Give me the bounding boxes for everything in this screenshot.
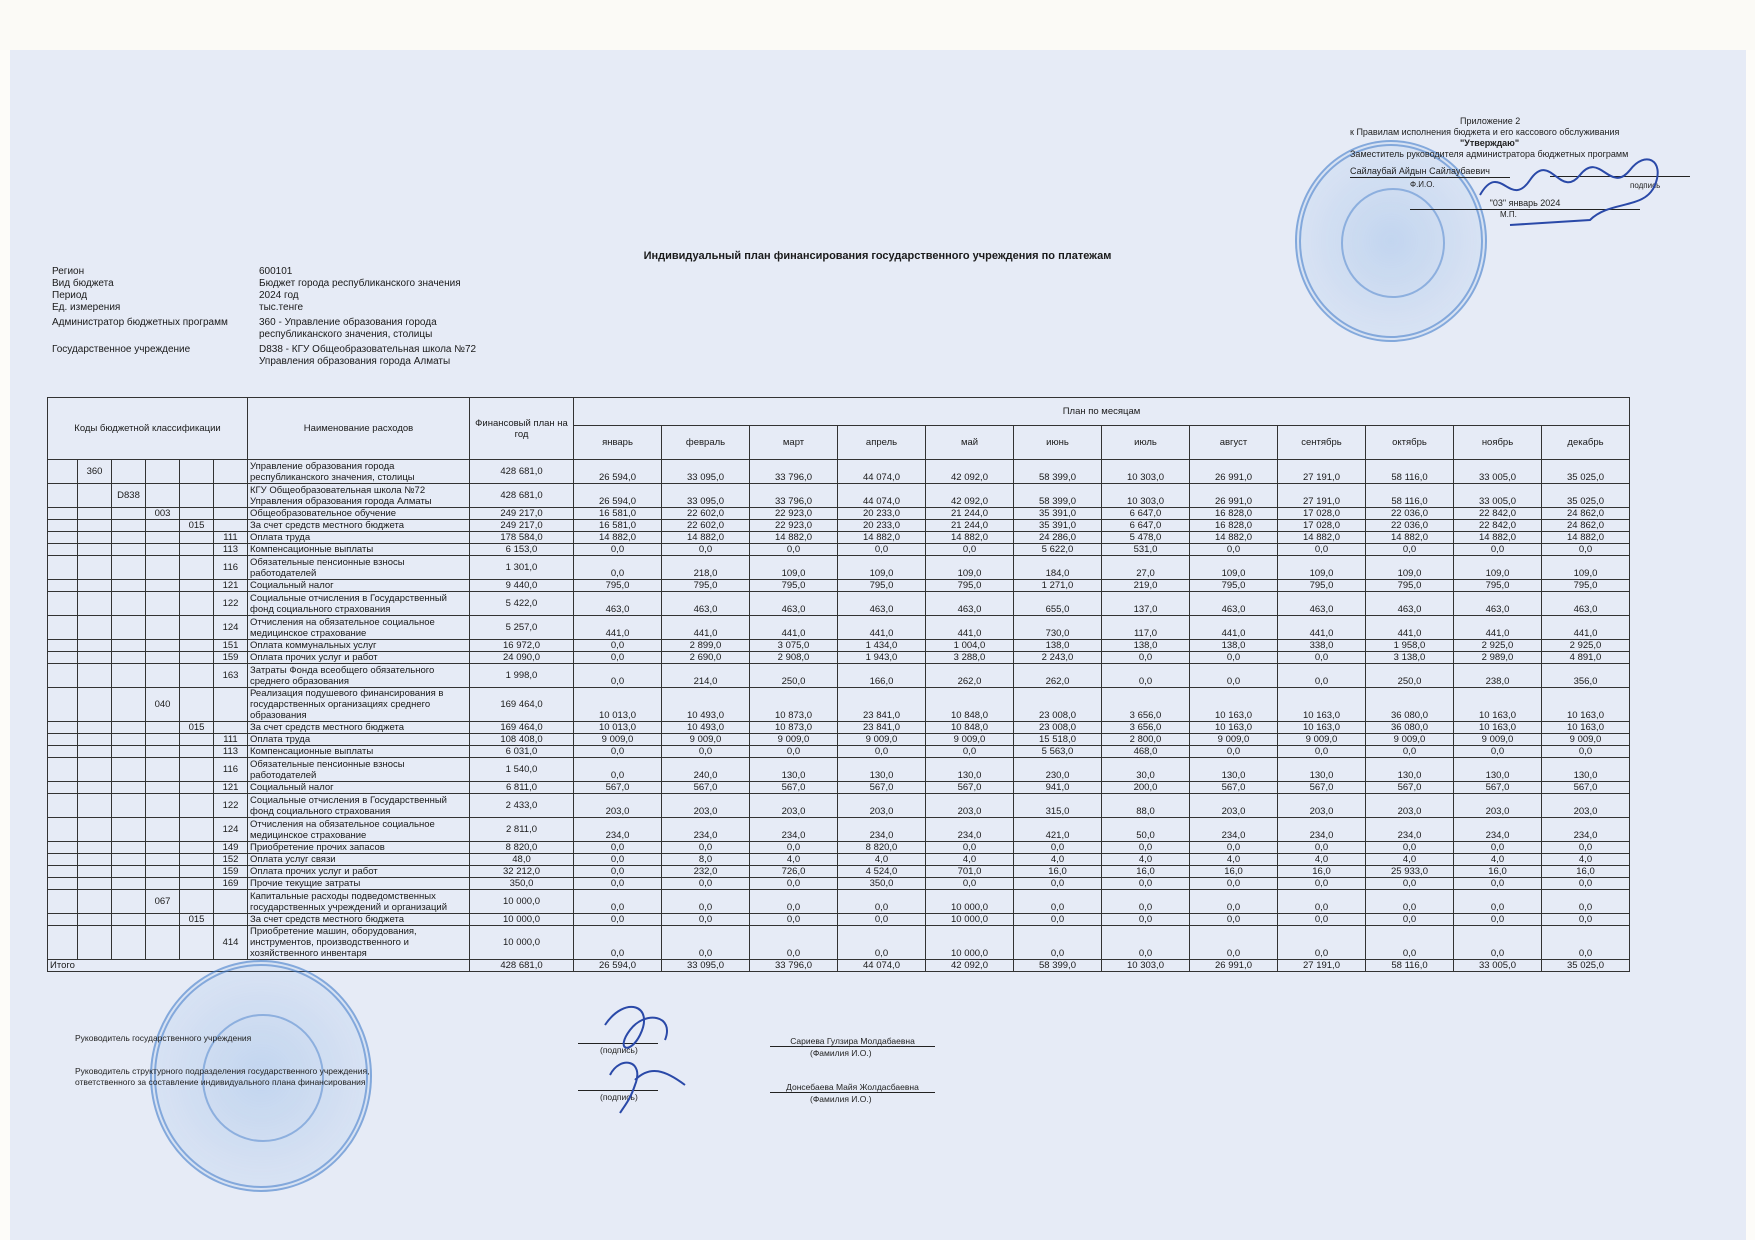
month-value: 26 991,0 <box>1190 460 1278 484</box>
code-cell <box>180 854 214 866</box>
month-value: 0,0 <box>574 890 662 914</box>
expense-name: Общеобразовательное обучение <box>248 508 470 520</box>
month-value: 26 991,0 <box>1190 484 1278 508</box>
month-value: 0,0 <box>1542 878 1630 890</box>
code-cell <box>112 782 146 794</box>
header-month: май <box>926 426 1014 460</box>
meta-value: D838 - КГУ Общеобразовательная школа №72… <box>259 344 479 368</box>
month-value: 441,0 <box>838 616 926 640</box>
code-cell <box>112 544 146 556</box>
code-cell <box>180 878 214 890</box>
meta-value: 600101 <box>259 266 479 278</box>
expense-name: Затраты Фонда всеобщего обязательного ср… <box>248 664 470 688</box>
month-value: 14 882,0 <box>1454 532 1542 544</box>
code-cell: 121 <box>214 580 248 592</box>
month-value: 4,0 <box>1190 854 1278 866</box>
month-value: 0,0 <box>750 746 838 758</box>
table-row: 111Оплата труда178 584,014 882,014 882,0… <box>48 532 1630 544</box>
code-cell <box>78 520 112 532</box>
month-value: 10 163,0 <box>1542 688 1630 722</box>
month-value: 10 873,0 <box>750 688 838 722</box>
month-value: 14 882,0 <box>926 532 1014 544</box>
code-cell <box>48 520 78 532</box>
month-value: 567,0 <box>1542 782 1630 794</box>
month-value: 0,0 <box>838 890 926 914</box>
code-cell <box>180 818 214 842</box>
code-cell <box>146 842 180 854</box>
code-cell <box>146 722 180 734</box>
month-value: 27,0 <box>1102 556 1190 580</box>
month-value: 441,0 <box>1278 616 1366 640</box>
code-cell <box>48 688 78 722</box>
expense-name: КГУ Общеобразовательная школа №72 Управл… <box>248 484 470 508</box>
month-value: 567,0 <box>926 782 1014 794</box>
month-value: 10 013,0 <box>574 722 662 734</box>
month-value: 421,0 <box>1014 818 1102 842</box>
expense-name: Оплата прочих услуг и работ <box>248 652 470 664</box>
annual-value: 9 440,0 <box>470 580 574 592</box>
meta-label: Период <box>52 290 259 302</box>
month-value: 531,0 <box>1102 544 1190 556</box>
month-value: 10 000,0 <box>926 926 1014 960</box>
month-value: 10 303,0 <box>1102 460 1190 484</box>
month-value: 0,0 <box>1014 914 1102 926</box>
expense-name: За счет средств местного бюджета <box>248 914 470 926</box>
month-value: 0,0 <box>926 842 1014 854</box>
code-cell <box>112 734 146 746</box>
month-value: 567,0 <box>662 782 750 794</box>
month-value: 567,0 <box>1190 782 1278 794</box>
month-value: 0,0 <box>1366 746 1454 758</box>
code-cell <box>112 794 146 818</box>
month-value: 795,0 <box>750 580 838 592</box>
annual-value: 2 811,0 <box>470 818 574 842</box>
month-value: 567,0 <box>1454 782 1542 794</box>
total-month: 44 074,0 <box>838 960 926 972</box>
month-value: 33 095,0 <box>662 484 750 508</box>
month-value: 0,0 <box>574 664 662 688</box>
expense-name: Оплата коммунальных услуг <box>248 640 470 652</box>
code-cell: 040 <box>146 688 180 722</box>
month-value: 203,0 <box>926 794 1014 818</box>
month-value: 22 842,0 <box>1454 520 1542 532</box>
month-value: 10 873,0 <box>750 722 838 734</box>
table-row: 149Приобретение прочих запасов8 820,00,0… <box>48 842 1630 854</box>
table-row: 163Затраты Фонда всеобщего обязательного… <box>48 664 1630 688</box>
month-value: 0,0 <box>838 544 926 556</box>
month-value: 130,0 <box>750 758 838 782</box>
month-value: 20 233,0 <box>838 508 926 520</box>
month-value: 795,0 <box>574 580 662 592</box>
month-value: 24 862,0 <box>1542 508 1630 520</box>
month-value: 8,0 <box>662 854 750 866</box>
code-cell <box>48 616 78 640</box>
annual-value: 350,0 <box>470 878 574 890</box>
unit-head-label: Руководитель структурного подразделения … <box>75 1066 415 1088</box>
month-value: 0,0 <box>1454 890 1542 914</box>
month-value: 567,0 <box>750 782 838 794</box>
month-value: 109,0 <box>750 556 838 580</box>
month-value: 10 000,0 <box>926 914 1014 926</box>
code-cell <box>78 592 112 616</box>
code-cell: 151 <box>214 640 248 652</box>
month-value: 14 882,0 <box>1366 532 1454 544</box>
month-value: 27 191,0 <box>1278 484 1366 508</box>
code-cell <box>112 580 146 592</box>
month-value: 24 862,0 <box>1542 520 1630 532</box>
month-value: 0,0 <box>662 914 750 926</box>
month-value: 203,0 <box>662 794 750 818</box>
code-cell <box>112 532 146 544</box>
month-value: 2 925,0 <box>1542 640 1630 652</box>
month-value: 0,0 <box>1102 842 1190 854</box>
month-value: 3 075,0 <box>750 640 838 652</box>
code-cell <box>48 914 78 926</box>
month-value: 0,0 <box>1278 878 1366 890</box>
code-cell <box>78 914 112 926</box>
code-cell <box>146 914 180 926</box>
month-value: 0,0 <box>1278 926 1366 960</box>
table-row: 113Компенсационные выплаты6 153,00,00,00… <box>48 544 1630 556</box>
code-cell <box>48 794 78 818</box>
month-value: 0,0 <box>1366 890 1454 914</box>
month-value: 10 163,0 <box>1542 722 1630 734</box>
month-value: 14 882,0 <box>662 532 750 544</box>
table-row: 015За счет средств местного бюджета10 00… <box>48 914 1630 926</box>
month-value: 795,0 <box>1366 580 1454 592</box>
month-value: 58 116,0 <box>1366 460 1454 484</box>
month-value: 16 581,0 <box>574 520 662 532</box>
code-cell <box>48 758 78 782</box>
annual-value: 24 090,0 <box>470 652 574 664</box>
code-cell <box>146 520 180 532</box>
month-value: 795,0 <box>662 580 750 592</box>
code-cell <box>78 640 112 652</box>
table-row: 360Управление образования города республ… <box>48 460 1630 484</box>
month-value: 33 005,0 <box>1454 460 1542 484</box>
month-value: 234,0 <box>574 818 662 842</box>
month-value: 4,0 <box>838 854 926 866</box>
code-cell <box>180 460 214 484</box>
code-cell <box>214 890 248 914</box>
month-value: 0,0 <box>750 914 838 926</box>
month-value: 441,0 <box>1542 616 1630 640</box>
month-value: 0,0 <box>1014 878 1102 890</box>
meta-row: Период2024 год <box>52 290 479 302</box>
month-value: 567,0 <box>574 782 662 794</box>
month-value: 10 848,0 <box>926 722 1014 734</box>
month-value: 4,0 <box>1454 854 1542 866</box>
month-value: 567,0 <box>838 782 926 794</box>
annual-value: 1 301,0 <box>470 556 574 580</box>
total-month: 27 191,0 <box>1278 960 1366 972</box>
total-month: 33 095,0 <box>662 960 750 972</box>
code-cell <box>180 532 214 544</box>
meta-row: Регион600101 <box>52 266 479 278</box>
appendix-label: Приложение 2 <box>1460 116 1710 127</box>
expense-name: Отчисления на обязательное социальное ме… <box>248 818 470 842</box>
code-cell <box>146 854 180 866</box>
code-cell <box>78 652 112 664</box>
table-row: 152Оплата услуг связи48,00,08,04,04,04,0… <box>48 854 1630 866</box>
month-value: 21 244,0 <box>926 508 1014 520</box>
month-value: 203,0 <box>574 794 662 818</box>
month-value: 58 116,0 <box>1366 484 1454 508</box>
month-value: 0,0 <box>1190 842 1278 854</box>
month-value: 23 841,0 <box>838 688 926 722</box>
code-cell <box>180 782 214 794</box>
annual-value: 249 217,0 <box>470 520 574 532</box>
month-value: 200,0 <box>1102 782 1190 794</box>
code-cell <box>78 556 112 580</box>
month-value: 2 989,0 <box>1454 652 1542 664</box>
month-value: 36 080,0 <box>1366 722 1454 734</box>
month-value: 26 594,0 <box>574 460 662 484</box>
meta-row: Вид бюджетаБюджет города республиканског… <box>52 278 479 290</box>
expense-name: Реализация подушевого финансирования в г… <box>248 688 470 722</box>
expense-name: Отчисления на обязательное социальное ме… <box>248 616 470 640</box>
code-cell <box>78 866 112 878</box>
month-value: 0,0 <box>1542 914 1630 926</box>
month-value: 203,0 <box>1366 794 1454 818</box>
code-cell <box>112 818 146 842</box>
month-value: 315,0 <box>1014 794 1102 818</box>
code-cell: 169 <box>214 878 248 890</box>
code-cell <box>78 854 112 866</box>
table-row: 169Прочие текущие затраты350,00,00,00,03… <box>48 878 1630 890</box>
code-cell: 124 <box>214 616 248 640</box>
month-value: 941,0 <box>1014 782 1102 794</box>
code-cell <box>48 640 78 652</box>
month-value: 234,0 <box>1366 818 1454 842</box>
month-value: 0,0 <box>750 842 838 854</box>
code-cell <box>48 556 78 580</box>
expense-name: Социальный налог <box>248 782 470 794</box>
code-cell <box>112 866 146 878</box>
month-value: 16 828,0 <box>1190 508 1278 520</box>
month-value: 463,0 <box>1190 592 1278 616</box>
month-value: 2 690,0 <box>662 652 750 664</box>
annual-value: 16 972,0 <box>470 640 574 652</box>
annual-value: 2 433,0 <box>470 794 574 818</box>
month-value: 10 163,0 <box>1278 688 1366 722</box>
expense-name: Обязательные пенсионные взносы работодат… <box>248 556 470 580</box>
meta-row: Администратор бюджетных программ360 - Уп… <box>52 317 479 341</box>
code-cell <box>180 926 214 960</box>
month-value: 3 138,0 <box>1366 652 1454 664</box>
month-value: 0,0 <box>926 746 1014 758</box>
document-meta: Регион600101Вид бюджетаБюджет города рес… <box>52 266 479 368</box>
annual-value: 169 464,0 <box>470 688 574 722</box>
code-cell <box>112 746 146 758</box>
table-row: 040Реализация подушевого финансирования … <box>48 688 1630 722</box>
month-value: 33 796,0 <box>750 484 838 508</box>
code-cell <box>112 508 146 520</box>
header-monthly: План по месяцам <box>574 398 1630 426</box>
header-month: июль <box>1102 426 1190 460</box>
table-row: 122Социальные отчисления в Государственн… <box>48 794 1630 818</box>
month-value: 10 163,0 <box>1190 722 1278 734</box>
month-value: 356,0 <box>1542 664 1630 688</box>
code-cell <box>146 592 180 616</box>
code-cell <box>112 616 146 640</box>
month-value: 10 163,0 <box>1454 688 1542 722</box>
month-value: 9 009,0 <box>662 734 750 746</box>
code-cell: 360 <box>78 460 112 484</box>
annual-value: 32 212,0 <box>470 866 574 878</box>
month-value: 463,0 <box>1366 592 1454 616</box>
expense-name: Приобретение прочих запасов <box>248 842 470 854</box>
month-value: 234,0 <box>1454 818 1542 842</box>
month-value: 9 009,0 <box>1542 734 1630 746</box>
expense-name: Оплата услуг связи <box>248 854 470 866</box>
month-value: 463,0 <box>750 592 838 616</box>
meta-value: 360 - Управление образования города респ… <box>259 317 479 341</box>
month-value: 463,0 <box>1542 592 1630 616</box>
code-cell <box>214 460 248 484</box>
month-value: 166,0 <box>838 664 926 688</box>
month-value: 0,0 <box>1102 926 1190 960</box>
annual-value: 169 464,0 <box>470 722 574 734</box>
month-value: 0,0 <box>1190 926 1278 960</box>
month-value: 0,0 <box>1190 544 1278 556</box>
month-value: 350,0 <box>838 878 926 890</box>
month-value: 0,0 <box>1454 842 1542 854</box>
code-cell <box>78 664 112 688</box>
code-cell <box>180 640 214 652</box>
month-value: 0,0 <box>662 842 750 854</box>
head-signature-icon <box>585 995 695 1115</box>
code-cell <box>48 532 78 544</box>
code-cell <box>180 746 214 758</box>
code-cell <box>214 508 248 520</box>
code-cell <box>78 722 112 734</box>
annual-value: 108 408,0 <box>470 734 574 746</box>
code-cell: 159 <box>214 866 248 878</box>
month-value: 10 303,0 <box>1102 484 1190 508</box>
code-cell <box>48 580 78 592</box>
month-value: 23 008,0 <box>1014 722 1102 734</box>
code-cell <box>48 926 78 960</box>
code-cell: 111 <box>214 532 248 544</box>
table-row: 116Обязательные пенсионные взносы работо… <box>48 758 1630 782</box>
expense-name: Оплата труда <box>248 532 470 544</box>
month-value: 8 820,0 <box>838 842 926 854</box>
month-value: 0,0 <box>1190 914 1278 926</box>
month-value: 463,0 <box>838 592 926 616</box>
month-value: 0,0 <box>926 544 1014 556</box>
table-row: 414Приобретение машин, оборудования, инс… <box>48 926 1630 960</box>
month-value: 0,0 <box>1454 926 1542 960</box>
month-value: 117,0 <box>1102 616 1190 640</box>
month-value: 730,0 <box>1014 616 1102 640</box>
code-cell: 122 <box>214 592 248 616</box>
code-cell <box>180 580 214 592</box>
month-value: 230,0 <box>1014 758 1102 782</box>
month-value: 2 908,0 <box>750 652 838 664</box>
expense-name: Компенсационные выплаты <box>248 544 470 556</box>
code-cell <box>78 782 112 794</box>
code-cell <box>146 734 180 746</box>
code-cell <box>214 688 248 722</box>
code-cell <box>48 460 78 484</box>
code-cell <box>48 890 78 914</box>
code-cell <box>146 640 180 652</box>
header-month: октябрь <box>1366 426 1454 460</box>
month-value: 5 478,0 <box>1102 532 1190 544</box>
month-value: 4 891,0 <box>1542 652 1630 664</box>
code-cell: 015 <box>180 722 214 734</box>
month-value: 130,0 <box>1454 758 1542 782</box>
month-value: 0,0 <box>838 746 926 758</box>
code-cell: 124 <box>214 818 248 842</box>
month-value: 0,0 <box>1278 842 1366 854</box>
month-value: 4,0 <box>1278 854 1366 866</box>
month-value: 0,0 <box>926 878 1014 890</box>
month-value: 0,0 <box>1542 890 1630 914</box>
code-cell <box>180 508 214 520</box>
code-cell <box>214 914 248 926</box>
month-value: 0,0 <box>1102 878 1190 890</box>
expense-name: За счет средств местного бюджета <box>248 520 470 532</box>
month-value: 109,0 <box>838 556 926 580</box>
total-month: 33 005,0 <box>1454 960 1542 972</box>
month-value: 23 008,0 <box>1014 688 1102 722</box>
meta-value: Бюджет города республиканского значения <box>259 278 479 290</box>
code-cell <box>180 890 214 914</box>
table-row: 124Отчисления на обязательное социальное… <box>48 616 1630 640</box>
code-cell <box>78 580 112 592</box>
month-value: 1 271,0 <box>1014 580 1102 592</box>
month-value: 0,0 <box>1278 652 1366 664</box>
annual-value: 5 257,0 <box>470 616 574 640</box>
month-value: 234,0 <box>1278 818 1366 842</box>
annual-value: 48,0 <box>470 854 574 866</box>
month-value: 16,0 <box>1102 866 1190 878</box>
total-month: 35 025,0 <box>1542 960 1630 972</box>
unit-head-name: Донсебаева Майя Жолдасбаевна <box>770 1082 935 1093</box>
month-value: 0,0 <box>1366 544 1454 556</box>
month-value: 0,0 <box>1190 878 1278 890</box>
month-value: 10 848,0 <box>926 688 1014 722</box>
code-cell <box>48 508 78 520</box>
month-value: 463,0 <box>662 592 750 616</box>
code-cell <box>146 664 180 688</box>
code-cell <box>112 722 146 734</box>
code-cell <box>146 818 180 842</box>
month-value: 130,0 <box>1542 758 1630 782</box>
month-value: 3 656,0 <box>1102 688 1190 722</box>
expense-name: Прочие текущие затраты <box>248 878 470 890</box>
month-value: 0,0 <box>1542 746 1630 758</box>
month-value: 0,0 <box>1278 914 1366 926</box>
month-value: 30,0 <box>1102 758 1190 782</box>
table-row: 122Социальные отчисления в Государственн… <box>48 592 1630 616</box>
month-value: 0,0 <box>1102 890 1190 914</box>
month-value: 441,0 <box>662 616 750 640</box>
code-cell <box>146 616 180 640</box>
month-value: 109,0 <box>1542 556 1630 580</box>
code-cell <box>48 592 78 616</box>
code-cell <box>48 842 78 854</box>
code-cell <box>180 484 214 508</box>
month-value: 0,0 <box>1278 664 1366 688</box>
month-value: 1 434,0 <box>838 640 926 652</box>
header-month: ноябрь <box>1454 426 1542 460</box>
code-cell: 003 <box>146 508 180 520</box>
code-cell: 414 <box>214 926 248 960</box>
month-value: 795,0 <box>1278 580 1366 592</box>
